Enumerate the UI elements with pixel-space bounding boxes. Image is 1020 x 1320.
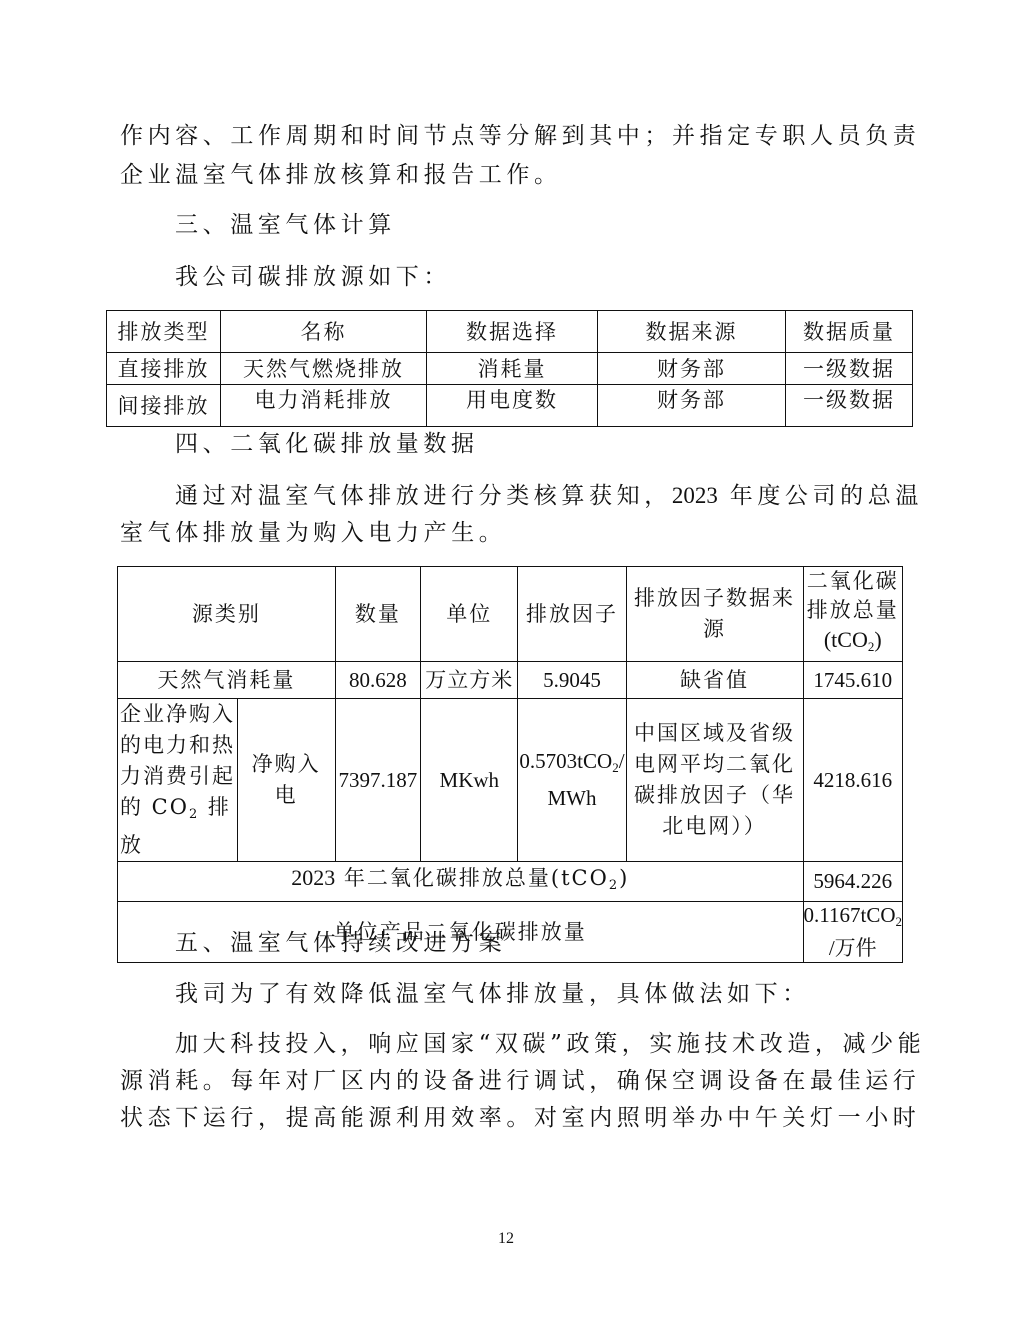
table-cell: 5.9045 bbox=[518, 662, 626, 699]
table-row: 企业净购入的电力和热力消费引起的 CO2 排放 净购入电 7397.187 MK… bbox=[118, 699, 903, 862]
table-cell: 0.5703tCO2/MWh bbox=[518, 699, 626, 862]
paragraph-line: 企业温室气体排放核算和报告工作。 bbox=[120, 160, 562, 190]
table-cell: 2023 年二氧化碳排放总量(tCO2) bbox=[118, 862, 804, 902]
co2-emission-table: 源类别 数量 单位 排放因子 排放因子数据来源 二氧化碳排放总量(tCO2) 天… bbox=[117, 566, 903, 963]
paragraph-line: 作内容、工作周期和时间节点等分解到其中；并指定专职人员负责 bbox=[120, 121, 920, 151]
table-row-total: 2023 年二氧化碳排放总量(tCO2) 5964.226 bbox=[118, 862, 903, 902]
section-heading-4: 四、二氧化碳排放量数据 bbox=[175, 429, 479, 459]
table-cell: 财务部 bbox=[598, 385, 786, 427]
table-cell: 天然气消耗量 bbox=[118, 662, 336, 699]
page-number: 12 bbox=[498, 1230, 514, 1248]
table-cell: 直接排放 bbox=[107, 353, 221, 385]
table-cell: 消耗量 bbox=[427, 353, 598, 385]
table-header-cell: 名称 bbox=[221, 311, 427, 353]
table-header-row: 排放类型 名称 数据选择 数据来源 数据质量 bbox=[107, 311, 913, 353]
table-cell: 5964.226 bbox=[803, 862, 902, 902]
table-cell: 净购入电 bbox=[237, 699, 335, 862]
section-heading-3: 三、温室气体计算 bbox=[175, 210, 396, 240]
subscript: 2 bbox=[609, 878, 619, 893]
paragraph-intro: 我公司碳排放源如下： bbox=[175, 262, 451, 292]
subscript: 2 bbox=[189, 807, 199, 822]
unit-text: (tCO2) bbox=[824, 627, 882, 652]
paragraph-line: 通过对温室气体排放进行分类核算获知，2023 年度公司的总温 bbox=[175, 481, 923, 511]
section-heading-5: 五、温室气体持续改进方案 bbox=[175, 928, 506, 958]
table-header-cell: 数据质量 bbox=[786, 311, 913, 353]
table-cell: 天然气燃烧排放 bbox=[221, 353, 427, 385]
table-header-cell: 数据选择 bbox=[427, 311, 598, 353]
table-cell: 一级数据 bbox=[786, 385, 913, 427]
paragraph-line: 源消耗。每年对厂区内的设备进行调试，确保空调设备在最佳运行 bbox=[120, 1066, 920, 1096]
table-cell: 电力消耗排放 bbox=[221, 385, 427, 427]
table-header-cell: 源类别 bbox=[118, 567, 336, 662]
table-header-cell: 数量 bbox=[335, 567, 420, 662]
table-header-cell: 排放类型 bbox=[107, 311, 221, 353]
table-row: 天然气消耗量 80.628 万立方米 5.9045 缺省值 1745.610 bbox=[118, 662, 903, 699]
table-cell: 企业净购入的电力和热力消费引起的 CO2 排放 bbox=[118, 699, 238, 862]
subscript: 2 bbox=[896, 914, 903, 929]
table-header-row: 源类别 数量 单位 排放因子 排放因子数据来源 二氧化碳排放总量(tCO2) bbox=[118, 567, 903, 662]
paragraph-line: 加大科技投入，响应国家“双碳”政策，实施技术改造，减少能 bbox=[175, 1029, 925, 1059]
table-row: 间接排放 电力消耗排放 用电度数 财务部 一级数据 bbox=[107, 385, 913, 427]
cell-text: ) bbox=[619, 866, 629, 890]
table-header-cell: 数据来源 bbox=[598, 311, 786, 353]
table-cell: 80.628 bbox=[335, 662, 420, 699]
table-row: 直接排放 天然气燃烧排放 消耗量 财务部 一级数据 bbox=[107, 353, 913, 385]
table-cell: 4218.616 bbox=[803, 699, 902, 862]
table-cell: 用电度数 bbox=[427, 385, 598, 427]
table-header-cell: 二氧化碳排放总量(tCO2) bbox=[803, 567, 902, 662]
table-cell: 缺省值 bbox=[626, 662, 803, 699]
table-cell: 中国区域及省级电网平均二氧化碳排放因子（华北电网）） bbox=[626, 699, 803, 862]
table-header-cell: 排放因子 bbox=[518, 567, 626, 662]
paragraph-text: 年度公司的总温 bbox=[718, 483, 923, 509]
table-cell: 1745.610 bbox=[803, 662, 902, 699]
table-cell: 一级数据 bbox=[786, 353, 913, 385]
table-cell: 万立方米 bbox=[421, 662, 518, 699]
paragraph-line: 室气体排放量为购入电力产生。 bbox=[120, 518, 506, 548]
cell-text: 0.5703tCO bbox=[519, 749, 612, 773]
table-cell: MKwh bbox=[421, 699, 518, 862]
unit-prefix: (tCO bbox=[824, 627, 868, 652]
cell-text: 0.1167tCO bbox=[804, 903, 896, 927]
unit-suffix: ) bbox=[874, 627, 881, 652]
year-value: 2023 bbox=[672, 483, 718, 508]
table-header-cell: 排放因子数据来源 bbox=[626, 567, 803, 662]
paragraph-text: 通过对温室气体排放进行分类核算获知， bbox=[175, 483, 672, 509]
emission-source-table: 排放类型 名称 数据选择 数据来源 数据质量 直接排放 天然气燃烧排放 消耗量 … bbox=[106, 310, 913, 427]
header-text: 二氧化碳排放总量 bbox=[807, 569, 899, 622]
table-cell: 7397.187 bbox=[335, 699, 420, 862]
table-cell: 0.1167tCO2/万件 bbox=[803, 902, 902, 963]
cell-text: 年二氧化碳排放总量(tCO bbox=[335, 866, 609, 890]
paragraph-line: 状态下运行，提高能源利用效率。对室内照明举办中午关灯一小时 bbox=[120, 1103, 920, 1133]
paragraph-intro: 我司为了有效降低温室气体排放量，具体做法如下： bbox=[175, 979, 810, 1009]
table-header-cell: 单位 bbox=[421, 567, 518, 662]
cell-text: /万件 bbox=[829, 936, 877, 960]
table-cell: 财务部 bbox=[598, 353, 786, 385]
table-cell: 间接排放 bbox=[107, 385, 221, 427]
year-value: 2023 bbox=[291, 865, 335, 890]
